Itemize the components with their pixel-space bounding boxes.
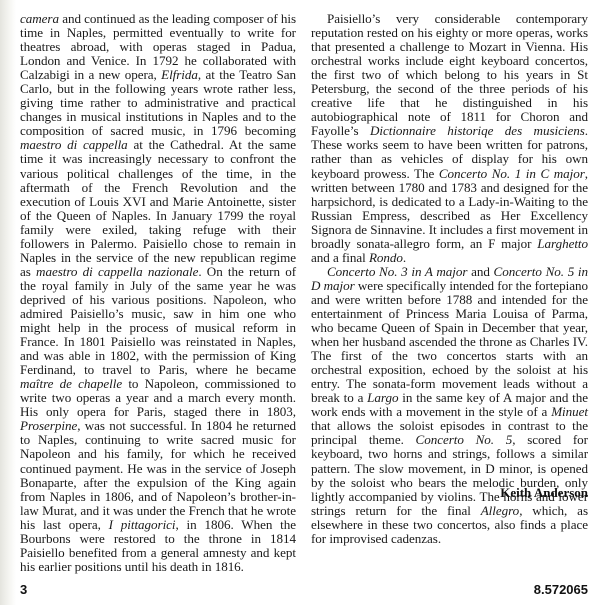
italic-title: camera (20, 11, 59, 26)
italic-title: Rondo (369, 250, 403, 265)
italic-title: Proserpine (20, 418, 77, 433)
text-run: at the Cathedral. At the same time it wa… (20, 137, 296, 278)
author-signature: Keith Anderson (500, 485, 588, 501)
italic-title: Concerto No. 3 in A major (327, 264, 467, 279)
italic-title: Allegro (481, 503, 519, 518)
text-run: . (403, 250, 406, 265)
italic-title: Minuet (551, 404, 588, 419)
italic-title: Concerto No. 5 (416, 432, 513, 447)
catalogue-number: 8.572065 (534, 582, 588, 597)
text-run: were specifically intended for the forte… (311, 278, 588, 405)
left-text-column: camera and continued as the leading comp… (20, 12, 296, 574)
italic-title: Largo (367, 390, 398, 405)
italic-title: maestro di cappella (20, 137, 128, 152)
italic-title: Elfrida (161, 67, 198, 82)
body-paragraph: camera and continued as the leading comp… (20, 12, 296, 574)
italic-title: Larghetto (537, 236, 588, 251)
text-run: and (467, 264, 493, 279)
body-paragraph: Concerto No. 3 in A major and Concerto N… (311, 265, 588, 546)
text-run: , was not successful. In 1804 he returne… (20, 418, 296, 531)
page-gutter-shadow (0, 0, 16, 605)
text-run: Paisiello’s very considerable contempora… (311, 11, 588, 138)
italic-title: Dictionnaire historiqe des musiciens (370, 123, 585, 138)
italic-title: Concerto No. 1 in C major (439, 166, 585, 181)
italic-title: maître de chapelle (20, 376, 122, 391)
page-number: 3 (20, 582, 27, 597)
italic-title: I pittagorici (109, 517, 176, 532)
body-paragraph: Paisiello’s very considerable contempora… (311, 12, 588, 265)
text-run: and a final (311, 250, 369, 265)
right-text-column: Paisiello’s very considerable contempora… (311, 12, 588, 546)
text-run: . On the return of the royal family in J… (20, 264, 296, 377)
italic-title: maestro di cappella nazionale (36, 264, 198, 279)
